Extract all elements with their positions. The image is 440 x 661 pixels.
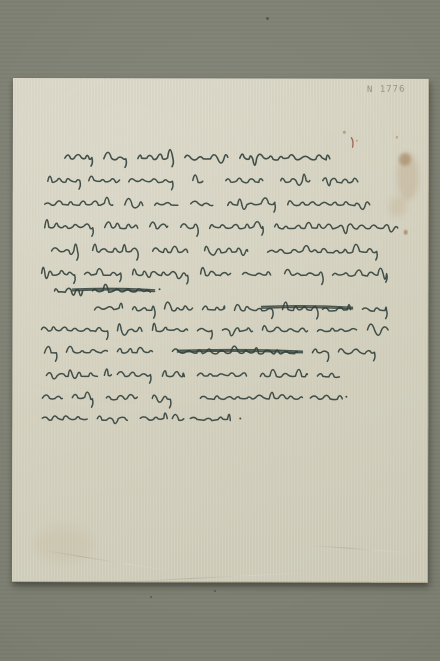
red-ink-mark	[351, 138, 353, 148]
manuscript-page: N 1776	[12, 78, 429, 583]
ink-stroke	[152, 323, 187, 331]
ink-stroke	[260, 369, 307, 377]
ink-stroke	[281, 174, 310, 185]
ink-stroke	[172, 415, 184, 421]
ink-stroke	[323, 178, 358, 186]
ink-stroke	[104, 369, 111, 376]
dust-speck	[214, 590, 216, 592]
ink-stroke	[226, 178, 263, 183]
handwriting-line-10	[44, 346, 375, 362]
ink-stroke	[45, 220, 94, 236]
ink-stroke	[201, 268, 231, 276]
period-dot	[159, 288, 161, 290]
ink-stroke	[262, 326, 307, 332]
ink-stroke	[243, 272, 271, 275]
ink-stroke	[200, 392, 302, 399]
ink-stroke	[155, 203, 178, 206]
ink-stroke	[97, 416, 127, 423]
ink-stroke	[268, 244, 378, 260]
ink-stroke	[190, 414, 230, 420]
ink-stroke	[52, 244, 79, 260]
ink-stroke	[185, 155, 228, 163]
ink-stroke	[125, 199, 143, 208]
ink-stroke	[132, 306, 155, 318]
ink-stroke	[42, 416, 87, 420]
ink-stroke	[153, 246, 188, 252]
handwriting-line-8	[94, 302, 387, 319]
ink-stroke	[197, 373, 246, 377]
ink-stroke	[85, 269, 122, 282]
handwriting-line-4	[45, 220, 398, 237]
handwriting-line-9	[41, 323, 388, 340]
ink-stroke	[65, 155, 93, 166]
ink-stroke	[42, 267, 76, 283]
ink-stroke	[150, 222, 168, 229]
ink-stroke	[312, 349, 328, 361]
handwriting-line-13	[42, 413, 241, 424]
ink-stroke	[138, 150, 174, 167]
ink-stroke	[228, 198, 276, 212]
ink-stroke	[48, 176, 81, 189]
ink-stroke	[203, 306, 225, 310]
ink-stroke	[367, 324, 388, 335]
ink-stroke	[46, 370, 97, 379]
period-dot	[345, 396, 347, 398]
ink-stroke	[310, 395, 342, 399]
ink-stroke	[240, 154, 330, 165]
ink-stroke	[162, 371, 184, 377]
ink-stroke	[317, 328, 356, 331]
handwriting-line-1	[65, 149, 330, 167]
photo-background: N 1776	[0, 0, 440, 661]
ink-stroke	[193, 175, 203, 183]
ink-stroke	[129, 179, 173, 190]
handwriting-line-3	[45, 197, 370, 212]
ink-stroke	[41, 327, 108, 340]
ink-stroke	[117, 372, 151, 383]
ink-stroke	[165, 302, 193, 311]
ink-stroke	[117, 324, 142, 335]
ink-stroke	[362, 307, 387, 318]
ink-stroke	[285, 270, 324, 285]
ink-stroke	[105, 222, 138, 229]
ink-stroke	[275, 222, 398, 233]
ink-stroke	[72, 392, 93, 407]
ink-stroke	[191, 201, 213, 205]
handwriting-line-2	[48, 174, 358, 191]
dust-speck	[150, 596, 152, 598]
ink-stroke	[45, 197, 113, 205]
ink-stroke	[288, 201, 370, 210]
ink-stroke	[42, 395, 62, 399]
ink-stroke	[133, 269, 189, 284]
dust-speck	[266, 17, 269, 20]
ink-stroke	[140, 413, 167, 420]
ink-stroke	[333, 268, 388, 282]
ink-stroke	[222, 328, 252, 336]
handwriting-line-12	[42, 392, 347, 408]
ink-stroke	[152, 395, 171, 408]
handwriting-line-6	[42, 267, 388, 284]
handwriting-line-11	[46, 369, 339, 384]
ink-stroke	[338, 349, 375, 361]
ink-stroke	[106, 395, 137, 400]
ink-stroke	[181, 224, 199, 236]
ink-stroke	[197, 328, 212, 338]
handwriting-line-7	[55, 284, 161, 296]
ink-stroke	[44, 347, 57, 362]
ink-stroke	[210, 221, 264, 235]
ink-stroke	[117, 347, 152, 353]
period-dot	[239, 417, 241, 419]
ink-stroke	[66, 346, 107, 353]
handwriting-line-5	[52, 244, 378, 261]
ink-stroke	[95, 303, 123, 310]
ink-stroke	[93, 244, 139, 260]
ink-stroke	[317, 373, 339, 377]
ink-stroke	[89, 176, 120, 182]
ink-stroke	[282, 302, 318, 319]
ink-stroke	[104, 152, 127, 167]
ink-stroke	[205, 246, 248, 255]
handwriting	[12, 78, 428, 582]
